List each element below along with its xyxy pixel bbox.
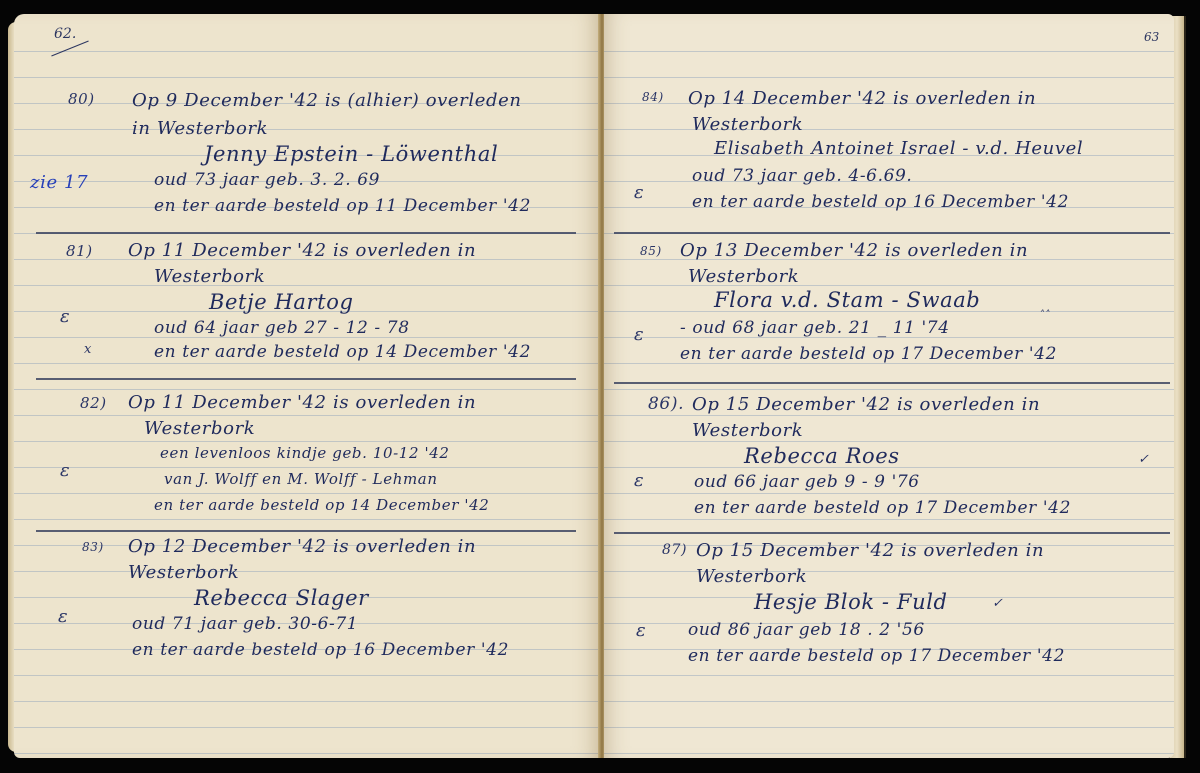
margin-mark: ε bbox=[58, 606, 68, 627]
entry-number: 86). bbox=[648, 394, 684, 414]
entry-number: 82) bbox=[80, 394, 107, 412]
entry-number: 85) bbox=[640, 244, 662, 258]
margin-mark: ε bbox=[634, 182, 644, 203]
right-page-number: 63 bbox=[1144, 30, 1159, 44]
left-page: 62. 80) Op 9 December '42 is (alhier) ov… bbox=[14, 14, 600, 758]
margin-note-zie: zie 17 bbox=[30, 172, 88, 193]
entry-deceased-name: Elisabeth Antoinet Israel - v.d. Heuvel bbox=[714, 138, 1083, 159]
side-mark-x: x bbox=[84, 342, 92, 357]
entry-divider bbox=[614, 232, 1170, 234]
right-page: 63 84) Op 14 December '42 is overleden i… bbox=[604, 14, 1174, 758]
entry-death-date-line: Op 12 December '42 is overleden in bbox=[128, 536, 476, 557]
entry-deceased-name: Betje Hartog bbox=[209, 290, 354, 314]
check-mark: ✓ bbox=[1138, 452, 1150, 467]
entry-age-birth-line: oud 66 jaar geb 9 - 9 '76 bbox=[694, 472, 920, 492]
side-mark: ˄˄ bbox=[1040, 310, 1051, 321]
entry-death-date-line: Op 14 December '42 is overleden in bbox=[688, 88, 1036, 109]
entry-age-birth-line: oud 86 jaar geb 18 . 2 '56 bbox=[688, 620, 925, 640]
entry-age-birth-line: oud 64 jaar geb 27 - 12 - 78 bbox=[154, 318, 410, 338]
entry-death-date-line: Op 13 December '42 is overleden in bbox=[680, 240, 1028, 261]
entry-place-line: Westerbork bbox=[688, 266, 799, 287]
entry-place-line: Westerbork bbox=[144, 418, 255, 439]
entry-divider bbox=[36, 232, 576, 234]
margin-mark: ε bbox=[60, 306, 70, 327]
entry-burial-line: en ter aarde besteld op 14 December '42 bbox=[154, 342, 531, 362]
entry-age-birth-line: oud 73 jaar geb. 3. 2. 69 bbox=[154, 170, 380, 190]
entry-place-line: Westerbork bbox=[154, 266, 265, 287]
check-mark: ✓ bbox=[992, 596, 1004, 611]
entry-burial-line: en ter aarde besteld op 14 December '42 bbox=[154, 496, 489, 514]
entry-age-birth-line: oud 73 jaar geb. 4-6.69. bbox=[692, 166, 912, 186]
margin-mark: ε bbox=[60, 460, 70, 481]
entry-burial-line: en ter aarde besteld op 17 December '42 bbox=[688, 646, 1065, 666]
entry-burial-line: en ter aarde besteld op 16 December '42 bbox=[132, 640, 509, 660]
entry-age-birth-line: oud 71 jaar geb. 30-6-71 bbox=[132, 614, 358, 634]
entry-divider bbox=[614, 382, 1170, 384]
entry-burial-line: en ter aarde besteld op 11 December '42 bbox=[154, 196, 531, 216]
entry-number: 80) bbox=[68, 90, 95, 108]
entry-place-line: Westerbork bbox=[128, 562, 239, 583]
entry-deceased-name: Rebecca Slager bbox=[194, 586, 369, 610]
entry-place-line: Westerbork bbox=[692, 114, 803, 135]
entry-death-date-line: Op 11 December '42 is overleden in bbox=[128, 240, 476, 261]
entry-death-date-line: Op 11 December '42 is overleden in bbox=[128, 392, 476, 413]
entry-death-date-line: Op 9 December '42 is (alhier) overleden bbox=[132, 90, 522, 111]
entry-death-date-line: Op 15 December '42 is overleden in bbox=[692, 394, 1040, 415]
entry-divider bbox=[614, 532, 1170, 534]
entry-death-date-line: Op 15 December '42 is overleden in bbox=[696, 540, 1044, 561]
left-page-number: 62. bbox=[54, 26, 76, 42]
page-number-underline bbox=[51, 41, 88, 57]
margin-mark: ε bbox=[636, 620, 646, 641]
entry-burial-line: en ter aarde besteld op 17 December '42 bbox=[694, 498, 1071, 518]
entry-deceased-name: Flora v.d. Stam - Swaab bbox=[714, 288, 980, 312]
open-register-book: 62. 80) Op 9 December '42 is (alhier) ov… bbox=[0, 0, 1200, 773]
entry-age-birth-line: - oud 68 jaar geb. 21 _ 11 '74 bbox=[680, 318, 950, 338]
entry-number: 81) bbox=[66, 242, 93, 260]
entry-parents-line: van J. Wolff en M. Wolff - Lehman bbox=[164, 470, 438, 488]
entry-place-line: Westerbork bbox=[692, 420, 803, 441]
margin-mark: ε bbox=[634, 324, 644, 345]
margin-mark: ε bbox=[634, 470, 644, 491]
entry-place-line: Westerbork bbox=[696, 566, 807, 587]
entry-deceased-name: Jenny Epstein - Löwenthal bbox=[204, 142, 498, 166]
entry-place-line: in Westerbork bbox=[132, 118, 268, 139]
entry-number: 87) bbox=[662, 542, 687, 558]
entry-divider bbox=[36, 378, 576, 380]
entry-divider bbox=[36, 530, 576, 532]
entry-deceased-name: een levenloos kindje geb. 10-12 '42 bbox=[160, 444, 449, 462]
entry-deceased-name: Rebecca Roes bbox=[744, 444, 900, 468]
entry-number: 84) bbox=[642, 90, 664, 104]
entry-burial-line: en ter aarde besteld op 17 December '42 bbox=[680, 344, 1057, 364]
entry-burial-line: en ter aarde besteld op 16 December '42 bbox=[692, 192, 1069, 212]
entry-deceased-name: Hesje Blok - Fuld bbox=[754, 590, 948, 614]
entry-number: 83) bbox=[82, 540, 104, 554]
